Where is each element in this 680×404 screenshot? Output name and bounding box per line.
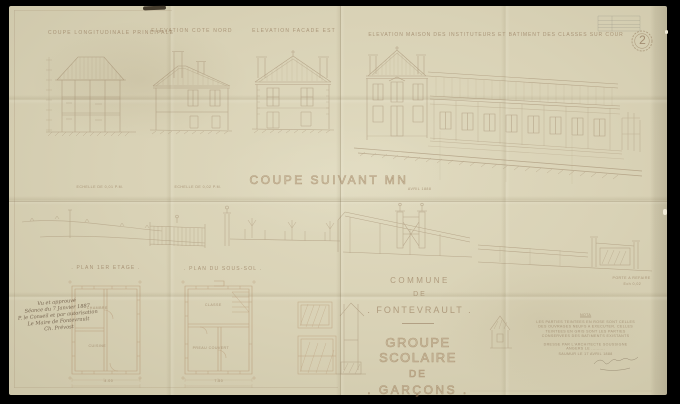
elevation-north-drawing (150, 52, 232, 135)
ground-floor-plan-label: . PLAN DU SOUS-SOL . (184, 266, 256, 272)
main-elevation-drawing (354, 46, 642, 184)
dimension-label: 4.00 (98, 379, 120, 383)
ground-floor-plan-drawing (181, 280, 256, 388)
paper-speck (665, 30, 668, 34)
commune-title-block: COMMUNE DE . FONTEVRAULT . (358, 276, 482, 315)
elevation-north-title: ELEVATION COTE NORD (146, 28, 238, 34)
photo-background: COUPE LONGITUDINALE PRINCIPALE ELEVATION… (0, 0, 680, 404)
main-elevation-title: ELEVATION MAISON DES INSTITUTEURS ET BAT… (366, 32, 626, 38)
nota-heading: NOTA (528, 313, 643, 318)
site-wall-elevation-drawing (22, 203, 652, 271)
dark-mark (143, 6, 166, 11)
dimension-label: 7.50 (208, 379, 230, 383)
title-divider-rule (402, 323, 434, 324)
room-label: CUISINE (80, 344, 115, 348)
scale-label-mid: ECHELLE DE 0,02 P.M. (162, 185, 234, 189)
section-house-drawing (46, 57, 136, 136)
project-title-line: GROUPE SCOLAIRE (345, 335, 491, 365)
architect-signature (594, 357, 638, 370)
nota-line: CONSERVEES DES BATIMENTS EXISTANTS (528, 334, 643, 339)
gate-note: PORTE A REFAIRE (610, 276, 653, 280)
page-number-stamp-value: 2 (636, 33, 649, 47)
nota-line: SAUMUR LE 17 AVRIL 1888 (528, 352, 643, 357)
room-label: CLASSE (196, 303, 231, 307)
paper-speck (663, 209, 667, 215)
commune-line: DE (358, 291, 482, 298)
date-note: AVRIL 1888 (398, 187, 441, 191)
project-title-line: . GARÇONS . (345, 383, 491, 397)
turret-sketch-drawing (490, 316, 512, 348)
gate-note-scale: Ech 0,02 (618, 282, 647, 286)
section-title: COUPE LONGITUDINALE PRINCIPALE (48, 30, 140, 36)
commune-line: . FONTEVRAULT . (358, 305, 482, 315)
plan-fragment-drawing (298, 302, 336, 374)
facade-east-title: ELEVATION FACADE EST (250, 28, 338, 34)
commune-line: COMMUNE (358, 276, 482, 285)
room-label: PREAU COUVERT (190, 346, 232, 350)
project-title-line: DE (345, 369, 491, 380)
nota-block: NOTA LES PARTIES TEINTEES EN ROSE SONT C… (528, 313, 643, 356)
project-title-block: GROUPE SCOLAIRE DE . GARÇONS . (345, 335, 491, 397)
archive-stamp-table (598, 16, 640, 31)
nota-line: DES OUVRAGES NEUFS A EXECUTER, CELLES (528, 325, 643, 330)
coupe-title: COUPE SUIVANT MN (248, 173, 410, 187)
scale-label-left: ECHELLE DE 0,01 P.M. (64, 185, 136, 189)
first-floor-plan-label: . PLAN 1ER ETAGE . (68, 265, 144, 271)
facade-east-drawing (252, 50, 334, 133)
